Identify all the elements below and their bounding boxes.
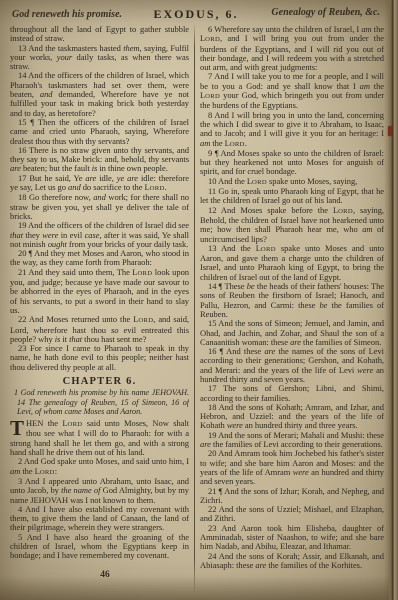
chapter6-verses-left: 2 And God spake unto Moses, and said unt…: [10, 457, 189, 560]
verse: 20 And Amram took him Jochebed his fathe…: [200, 449, 384, 486]
verse: 22 And the sons of Uzziel; Mishael, and …: [200, 505, 384, 524]
left-column: throughout all the land of Egypt to gath…: [10, 25, 189, 600]
verse: 4 And I have also established my covenan…: [10, 505, 189, 533]
verse: 18 And the sons of Kohath; Amram, and Iz…: [200, 403, 384, 431]
verse: 20 ¶ And they met Moses and Aaron, who s…: [10, 249, 189, 268]
verse: 17 But he said, Ye are idle, ye are idle…: [10, 174, 189, 194]
verse: 24 And the sons of Korah; Assir, and Elk…: [200, 552, 384, 571]
verse: 22 And Moses returned unto the LORD, and…: [10, 315, 189, 344]
verse: 23 For since I came to Pharaoh to speak …: [10, 344, 189, 372]
verse: 15 And the sons of Simeon; Jemuel, and J…: [200, 319, 384, 347]
verse: 8 And I will bring you in unto the land,…: [200, 111, 384, 149]
running-head-right: Genealogy of Reuben, &c.: [271, 7, 380, 18]
chapter5-verses: 13 And the taskmasters hasted them, sayi…: [10, 44, 189, 372]
verse: 19 And the sons of Merari; Mahali and Mu…: [200, 431, 384, 450]
right-column: 6 Wherefore say unto the children of Isr…: [200, 25, 384, 600]
verse: 21 And they said unto them, The LORD loo…: [10, 268, 189, 315]
verse: 12 And Moses spake before the LORD, sayi…: [200, 206, 384, 244]
verse: 6 Wherefore say unto the children of Isr…: [200, 25, 384, 72]
running-header: God reneweth his promise. EXODUS, 6. Gen…: [10, 6, 382, 23]
verse: 7 And I will take you to me for a people…: [200, 72, 384, 110]
column-divider: [194, 25, 195, 592]
verse: 13 And the taskmasters hasted them, sayi…: [10, 44, 189, 72]
verse: 19 And the officers of the children of I…: [10, 221, 189, 249]
verse: 13 And the LORD spake unto Moses and unt…: [200, 244, 384, 282]
chapter-summary: 1 God reneweth his promise by his name J…: [10, 388, 189, 416]
verse: 18 Go therefore now, and work; for there…: [10, 193, 189, 221]
verse: 3 And I appeared unto Abraham, unto Isaa…: [10, 477, 189, 505]
red-bookmark-mark: [388, 126, 392, 136]
verse: 23 And Aaron took him Elisheba, daughter…: [200, 524, 384, 552]
verse: 2 And God spake unto Moses, and said unt…: [10, 457, 189, 477]
verse: 21 ¶ And the sons of Izhar; Korah, and N…: [200, 487, 384, 506]
drop-cap: T: [10, 419, 26, 437]
verse: 15 ¶ Then the officers of the children o…: [10, 118, 189, 146]
chapter-heading: CHAPTER 6.: [10, 377, 189, 386]
verse: 14 ¶ These be the heads of their fathers…: [200, 282, 384, 319]
verse-with-dropcap: THEN the LORD said unto Moses, Now shalt…: [10, 419, 189, 457]
verse: 5 And I have also heard the groaning of …: [10, 533, 189, 561]
verse-text: HEN the LORD said unto Moses, Now shalt …: [10, 418, 189, 457]
text-columns: throughout all the land of Egypt to gath…: [0, 25, 398, 600]
verse: 14 And the officers of the children of I…: [10, 71, 189, 117]
bible-page: God reneweth his promise. EXODUS, 6. Gen…: [0, 0, 398, 600]
verse: 9 ¶ And Moses spake so unto the children…: [200, 149, 384, 177]
chapter6-verses-right: 6 Wherefore say unto the children of Isr…: [200, 25, 384, 570]
page-edge-shadow: [384, 0, 398, 600]
verse: 16 There is no straw given unto thy serv…: [10, 146, 189, 174]
verse: 11 Go in, speak unto Pharaoh king of Egy…: [200, 187, 384, 206]
page-number: 46: [60, 570, 150, 580]
verse: 17 The sons of Gershon; Libni, and Shimi…: [200, 384, 384, 403]
continuation-paragraph: throughout all the land of Egypt to gath…: [10, 25, 189, 44]
verse: 16 ¶ And these are the names of the sons…: [200, 347, 384, 384]
